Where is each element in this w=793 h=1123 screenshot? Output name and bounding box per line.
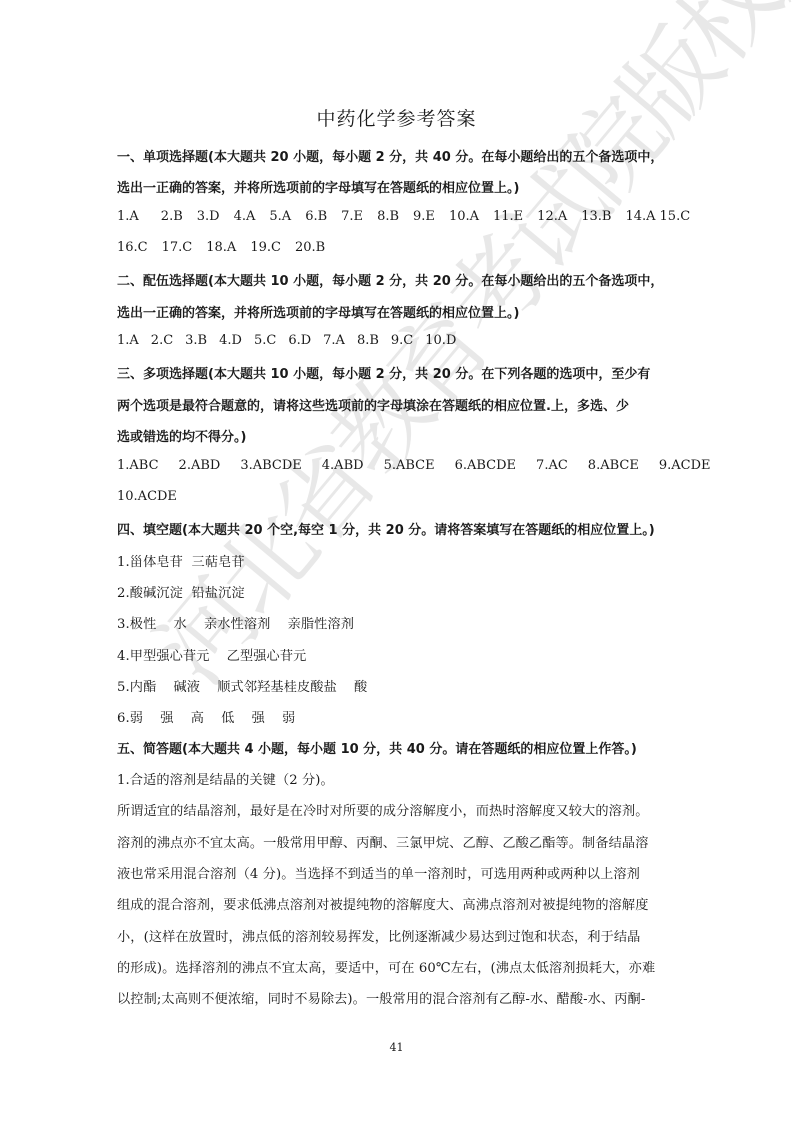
page-title: 中药化学参考答案 [0, 104, 793, 131]
answer-item: 5.A [269, 209, 291, 224]
answer-item: 5.ABCE [384, 458, 435, 473]
fill-answer-2: 2.酸碱沉淀 铅盐沉淀 [117, 582, 245, 601]
section-3-heading-line-2: 两个选项是最符合题意的，请将这些选项前的字母填涂在答题纸的相应位置.上，多选、少 [117, 395, 629, 414]
answer-item: 9.C [391, 333, 413, 348]
answer-item: 5.C [254, 333, 276, 348]
short-answer-line-8: 以控制;太高则不便浓缩，同时不易除去)。一般常用的混合溶剂有乙醇-水、醋酸-水、… [117, 988, 645, 1007]
answer-item: 19.C [250, 240, 281, 255]
short-answer-line-3: 溶剂的沸点亦不宜太高。一般常用甲醇、丙酮、三氯甲烷、乙醇、乙酸乙酯等。制备结晶溶 [117, 832, 649, 851]
answer-item: 8.B [377, 209, 399, 224]
answer-item: 10.ACDE [117, 489, 177, 504]
short-answer-line-5: 组成的混合溶剂，要求低沸点溶剂对被提纯物的溶解度大、高沸点溶剂对被提纯物的溶解度 [117, 894, 649, 913]
answer-item: 4.ABD [322, 458, 364, 473]
section-3-heading-line-1: 三、多项选择题(本大题共 10 小题，每小题 2 分，共 20 分。在下列各题的… [117, 363, 650, 382]
answer-item: 14.A [625, 209, 655, 224]
answer-item: 3.B [185, 333, 207, 348]
answer-item: 2.B [161, 209, 183, 224]
section-1-heading-line-2: 选出一正确的答案，并将所选项前的字母填写在答题纸的相应位置上。) [117, 177, 519, 196]
answer-item: 1.A [117, 209, 139, 224]
answer-item: 3.D [197, 209, 220, 224]
section-2-answers-line-1: 1.A2.C3.B4.D5.C6.D7.A8.B9.C10.D [117, 333, 456, 348]
section-3-heading-line-3: 选或错选的均不得分。) [117, 426, 246, 445]
section-1-answers-line-2: 16.C17.C18.A19.C20.B [117, 240, 325, 255]
fill-answer-5: 5.内酯 碱液 顺式邻羟基桂皮酸盐 酸 [117, 676, 367, 695]
answer-item: 10.A [449, 209, 479, 224]
document-page: 河北省教育考试院版权所有 中药化学参考答案 一、单项选择题(本大题共 20 小题… [0, 0, 793, 1123]
section-5-heading-line-1: 五、简答题(本大题共 4 小题，每小题 10 分，共 40 分。请在答题纸的相应… [117, 738, 637, 757]
answer-item: 2.ABD [179, 458, 221, 473]
section-1-heading-line-1: 一、单项选择题(本大题共 20 小题，每小题 2 分，共 40 分。在每小题给出… [117, 146, 663, 165]
fill-answer-3: 3.极性 水 亲水性溶剂 亲脂性溶剂 [117, 613, 354, 632]
answer-item: 8.B [357, 333, 379, 348]
answer-item: 6.ABCDE [455, 458, 516, 473]
fill-answer-4: 4.甲型强心苷元 乙型强心苷元 [117, 645, 306, 664]
answer-item: 16.C [117, 240, 148, 255]
page-number: 41 [0, 1041, 793, 1054]
section-2-heading-line-2: 选出一正确的答案，并将所选项前的字母填写在答题纸的相应位置上。) [117, 302, 519, 321]
answer-item: 7.E [341, 209, 363, 224]
answer-item: 18.A [206, 240, 236, 255]
answer-item: 3.ABCDE [240, 458, 301, 473]
short-answer-line-2: 所谓适宜的结晶溶剂，最好是在冷时对所要的成分溶解度小，而热时溶解度又较大的溶剂。 [117, 800, 649, 819]
answer-item: 4.D [219, 333, 242, 348]
short-answer-line-6: 小，(这样在放置时，沸点低的溶剂较易挥发，比例逐渐减少易达到过饱和状态，利于结晶 [117, 926, 640, 945]
short-answer-line-7: 的形成)。选择溶剂的沸点不宜太高，要适中，可在 60℃左右，(沸点太低溶剂损耗大… [117, 957, 655, 976]
answer-item: 7.A [323, 333, 345, 348]
answer-item: 1.A [117, 333, 139, 348]
answer-item: 6.D [288, 333, 311, 348]
section-3-answers-line-2: 10.ACDE [117, 489, 177, 504]
section-4-heading-line-1: 四、填空题(本大题共 20 个空,每空 1 分，共 20 分。请将答案填写在答题… [117, 519, 655, 538]
short-answer-line-4: 液也常采用混合溶剂（4 分)。当选择不到适当的单一溶剂时，可选用两种或两种以上溶… [117, 863, 640, 882]
answer-item: 4.A [234, 209, 256, 224]
short-answer-line-1: 1.合适的溶剂是结晶的关键（2 分)。 [117, 769, 334, 788]
answer-item: 8.ABCE [588, 458, 639, 473]
section-1-answers-line-1: 1.A2.B3.D4.A5.A6.B7.E8.B9.E10.A11.E12.A1… [117, 209, 690, 224]
answer-item: 9.E [413, 209, 435, 224]
answer-item: 11.E [493, 209, 523, 224]
answer-item: 15.C [660, 209, 691, 224]
answer-item: 6.B [305, 209, 327, 224]
answer-item: 1.ABC [117, 458, 159, 473]
answer-item: 13.B [581, 209, 611, 224]
answer-item: 17.C [162, 240, 193, 255]
answer-item: 12.A [537, 209, 567, 224]
answer-item: 10.D [425, 333, 456, 348]
answer-item: 2.C [151, 333, 173, 348]
fill-answer-1: 1.甾体皂苷 三萜皂苷 [117, 551, 245, 570]
section-2-heading-line-1: 二、配伍选择题(本大题共 10 小题，每小题 2 分，共 20 分。在每小题给出… [117, 270, 663, 289]
answer-item: 20.B [295, 240, 325, 255]
section-3-answers-line-1: 1.ABC2.ABD3.ABCDE4.ABD5.ABCE6.ABCDE7.AC8… [117, 458, 710, 473]
answer-item: 7.AC [536, 458, 568, 473]
fill-answer-6: 6.弱 强 高 低 强 弱 [117, 707, 295, 726]
answer-item: 9.ACDE [659, 458, 711, 473]
